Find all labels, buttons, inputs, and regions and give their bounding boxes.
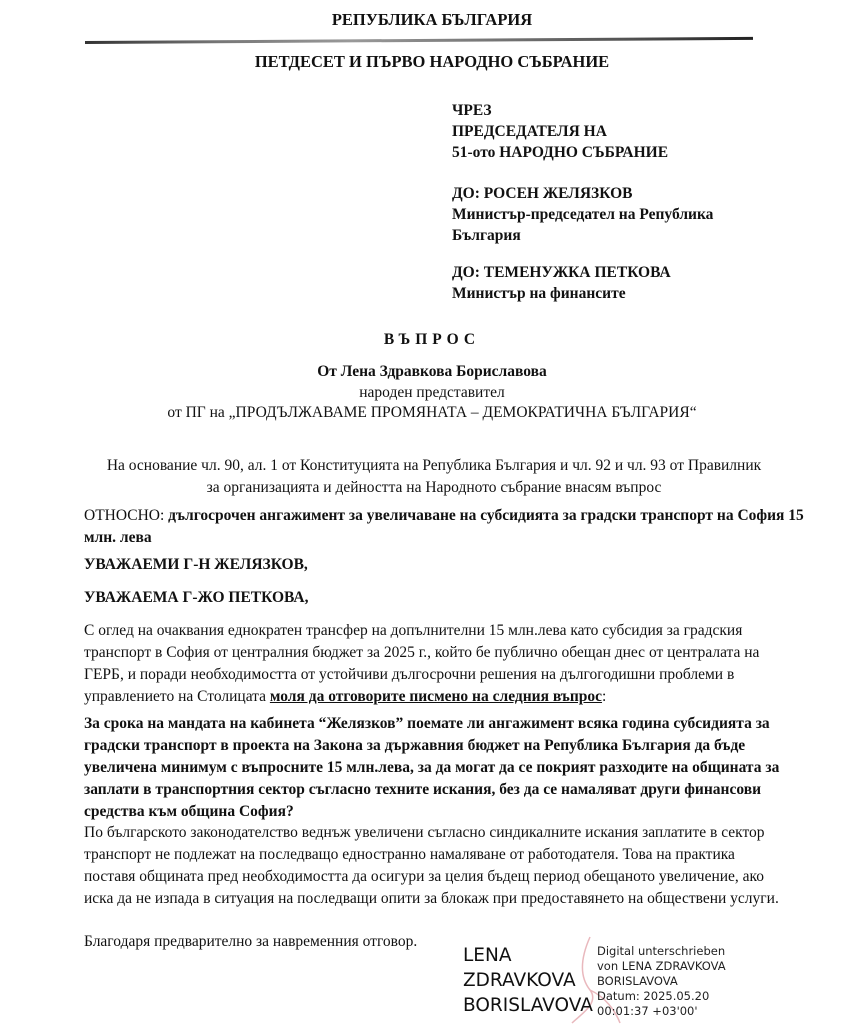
author-name: От Лена Здравкова Бориславова — [0, 363, 864, 381]
signature-name-line: ZDRAVKOVA — [463, 968, 593, 993]
legal-basis: На основание чл. 90, ал. 1 от Конституци… — [84, 455, 784, 499]
addressee-line: ДО: ТЕМЕНУЖКА ПЕТКОВА — [452, 262, 671, 283]
addressee-line: Министър-председател на Република — [452, 204, 713, 225]
header-divider — [85, 37, 753, 44]
addressee-via-line: ЧРЕЗ — [452, 100, 668, 121]
document-header-title: РЕПУБЛИКА БЪЛГАРИЯ — [0, 10, 864, 30]
addressee-line: Министър на финансите — [452, 283, 671, 304]
signature-detail-line: Digital unterschrieben — [597, 944, 726, 959]
closing-thanks: Благодаря предварително за навременния о… — [84, 933, 417, 951]
digital-signature-name: LENA ZDRAVKOVA BORISLAVOVA — [463, 943, 593, 1018]
signature-name-line: BORISLAVOVA — [463, 993, 593, 1018]
signature-detail-line: Datum: 2025.05.20 — [597, 989, 726, 1004]
addressee-finance-minister: ДО: ТЕМЕНУЖКА ПЕТКОВА Министър на финанс… — [452, 262, 671, 304]
question-text: За срока на мандата на кабинета “Желязко… — [84, 713, 794, 823]
subject-text: дългосрочен ангажимент за увеличаване на… — [84, 507, 804, 546]
legal-basis-line: за организацията и дейността на Народнот… — [84, 477, 784, 499]
addressee-prime-minister: ДО: РОСЕН ЖЕЛЯЗКОВ Министър-председател … — [452, 183, 713, 246]
context-end: : — [602, 688, 606, 705]
addressee-via-line: ПРЕДСЕДАТЕЛЯ НА — [452, 121, 668, 142]
addressee-via-line: 51-ото НАРОДНО СЪБРАНИЕ — [452, 142, 668, 163]
subject-label: ОТНОСНО: — [84, 507, 164, 524]
signature-name-line: LENA — [463, 943, 593, 968]
legal-basis-line: На основание чл. 90, ал. 1 от Конституци… — [84, 455, 784, 477]
author-parliamentary-group: от ПГ на „ПРОДЪЛЖАВАМЕ ПРОМЯНАТА – ДЕМОК… — [0, 404, 864, 422]
signature-detail-line: von LENA ZDRAVKOVA — [597, 959, 726, 974]
request-emphasis: моля да отговорите писмено на следния въ… — [270, 688, 602, 705]
document-header-subtitle: ПЕТДЕСЕТ И ПЪРВО НАРОДНО СЪБРАНИЕ — [0, 52, 864, 72]
addressee-via: ЧРЕЗ ПРЕДСЕДАТЕЛЯ НА 51-ото НАРОДНО СЪБР… — [452, 100, 668, 163]
author-role: народен представител — [0, 384, 864, 402]
justification-paragraph: По българското законодателство веднъж ув… — [84, 822, 784, 910]
signature-detail-line: BORISLAVOVA — [597, 974, 726, 989]
greeting-finance-minister: УВАЖАЕМА Г-ЖО ПЕТКОВА, — [84, 589, 308, 607]
addressee-line: ДО: РОСЕН ЖЕЛЯЗКОВ — [452, 183, 713, 204]
digital-signature-details: Digital unterschrieben von LENA ZDRAVKOV… — [597, 944, 726, 1019]
context-paragraph: С оглед на очаквания еднократен трансфер… — [84, 620, 784, 708]
subject-line: ОТНОСНО: дългосрочен ангажимент за увели… — [84, 505, 804, 549]
question-title: ВЪПРОС — [0, 331, 864, 349]
signature-detail-line: 00:01:37 +03'00' — [597, 1004, 726, 1019]
greeting-prime-minister: УВАЖАЕМИ Г-Н ЖЕЛЯЗКОВ, — [84, 556, 308, 574]
addressee-line: България — [452, 225, 713, 246]
